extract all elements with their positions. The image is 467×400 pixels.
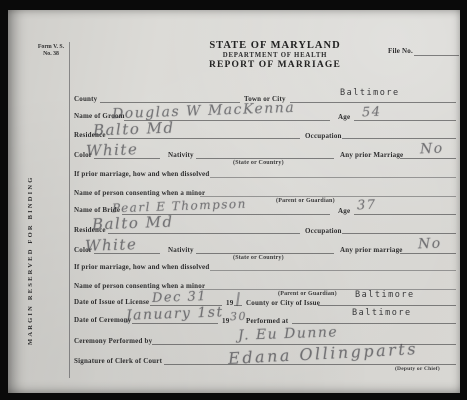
groom-consent-label: Name of person consenting when a minor (74, 189, 205, 197)
groom-age-value: 54 (362, 105, 382, 121)
bride-nativity-label: Nativity (168, 246, 194, 254)
groom-dissolved-label: If prior marriage, how and when dissolve… (74, 170, 209, 178)
margin-note: MARGIN RESERVED FOR BINDING (27, 155, 34, 345)
file-no-line (414, 55, 459, 56)
groom-nativity-hint: (State or Country) (233, 160, 284, 166)
bride-age-line (354, 214, 456, 215)
groom-age-label: Age (338, 113, 350, 121)
bride-occupation-line (342, 233, 456, 234)
bride-consent-line (200, 289, 456, 290)
bride-age-label: Age (338, 207, 350, 215)
groom-nativity-label: Nativity (168, 151, 194, 159)
clerk-signature-line (164, 364, 456, 365)
bride-nativity-line (196, 253, 334, 254)
town-value: Baltimore (340, 88, 400, 98)
county-label: County (74, 95, 97, 103)
license-date-label: Date of Issue of License (74, 298, 149, 306)
bride-occupation-label: Occupation (305, 227, 342, 235)
license-place-label: County or City of Issue (246, 299, 320, 307)
file-no-label: File No. (388, 47, 413, 55)
groom-color-value: White (86, 140, 139, 160)
ceremony-year-prefix: 19 (222, 317, 229, 325)
clerk-signature-label: Signature of Clerk of Court (74, 357, 162, 365)
form-code-line1: Form V. S. (34, 44, 68, 51)
clerk-signature-hint: (Deputy or Chief) (395, 366, 440, 372)
binding-rule (69, 42, 70, 378)
town-line (290, 102, 456, 103)
form-code: Form V. S. No. 38 (34, 44, 68, 58)
license-year-prefix: 19 (226, 299, 233, 307)
performed-at-line (292, 323, 456, 324)
groom-prior-label: Any prior Marriage (340, 151, 403, 159)
groom-nativity-line (196, 158, 334, 159)
bride-prior-label: Any prior marriage (340, 246, 403, 254)
bride-prior-value: No (418, 236, 442, 253)
license-place-line (318, 305, 456, 306)
ceremony-date-value: January 1st (126, 304, 224, 323)
bride-color-value: White (85, 235, 138, 255)
groom-prior-line (400, 158, 456, 159)
header-state: STATE OF MARYLAND (180, 40, 370, 51)
bride-dissolved-line (210, 270, 456, 271)
header-department: DEPARTMENT OF HEALTH (180, 52, 370, 59)
ceremony-date-label: Date of Ceremony (74, 316, 132, 324)
groom-occupation-line (342, 138, 456, 139)
groom-residence-value: Balto Md (93, 119, 175, 140)
groom-consent-hint: (Parent or Guardian) (276, 198, 335, 204)
header-title: REPORT OF MARRIAGE (180, 60, 370, 70)
bride-prior-line (400, 253, 456, 254)
bride-consent-hint: (Parent or Guardian) (278, 291, 337, 297)
performed-by-label: Ceremony Performed by (74, 337, 152, 345)
ceremony-year-value: 30 (230, 310, 247, 324)
groom-dissolved-line (210, 177, 456, 178)
license-place-value: Baltimore (355, 290, 415, 300)
license-date-value: Dec 31 (152, 289, 208, 306)
ceremony-date-line (132, 323, 218, 324)
form-code-line2: No. 38 (34, 51, 68, 58)
bride-residence-value: Balto Md (92, 213, 174, 234)
groom-occupation-label: Occupation (305, 132, 342, 140)
bride-nativity-hint: (State or Country) (233, 255, 284, 261)
groom-age-line (354, 120, 456, 121)
groom-residence-line (108, 138, 300, 139)
bride-age-value: 37 (357, 198, 377, 214)
scanned-document-photo: Form V. S. No. 38 MARGIN RESERVED FOR BI… (0, 0, 467, 400)
bride-residence-line (108, 233, 300, 234)
performed-at-label: Performed at (246, 317, 288, 325)
performed-at-value: Baltimore (352, 308, 412, 318)
groom-prior-value: No (420, 141, 444, 158)
bride-dissolved-label: If prior marriage, how and when dissolve… (74, 263, 209, 271)
